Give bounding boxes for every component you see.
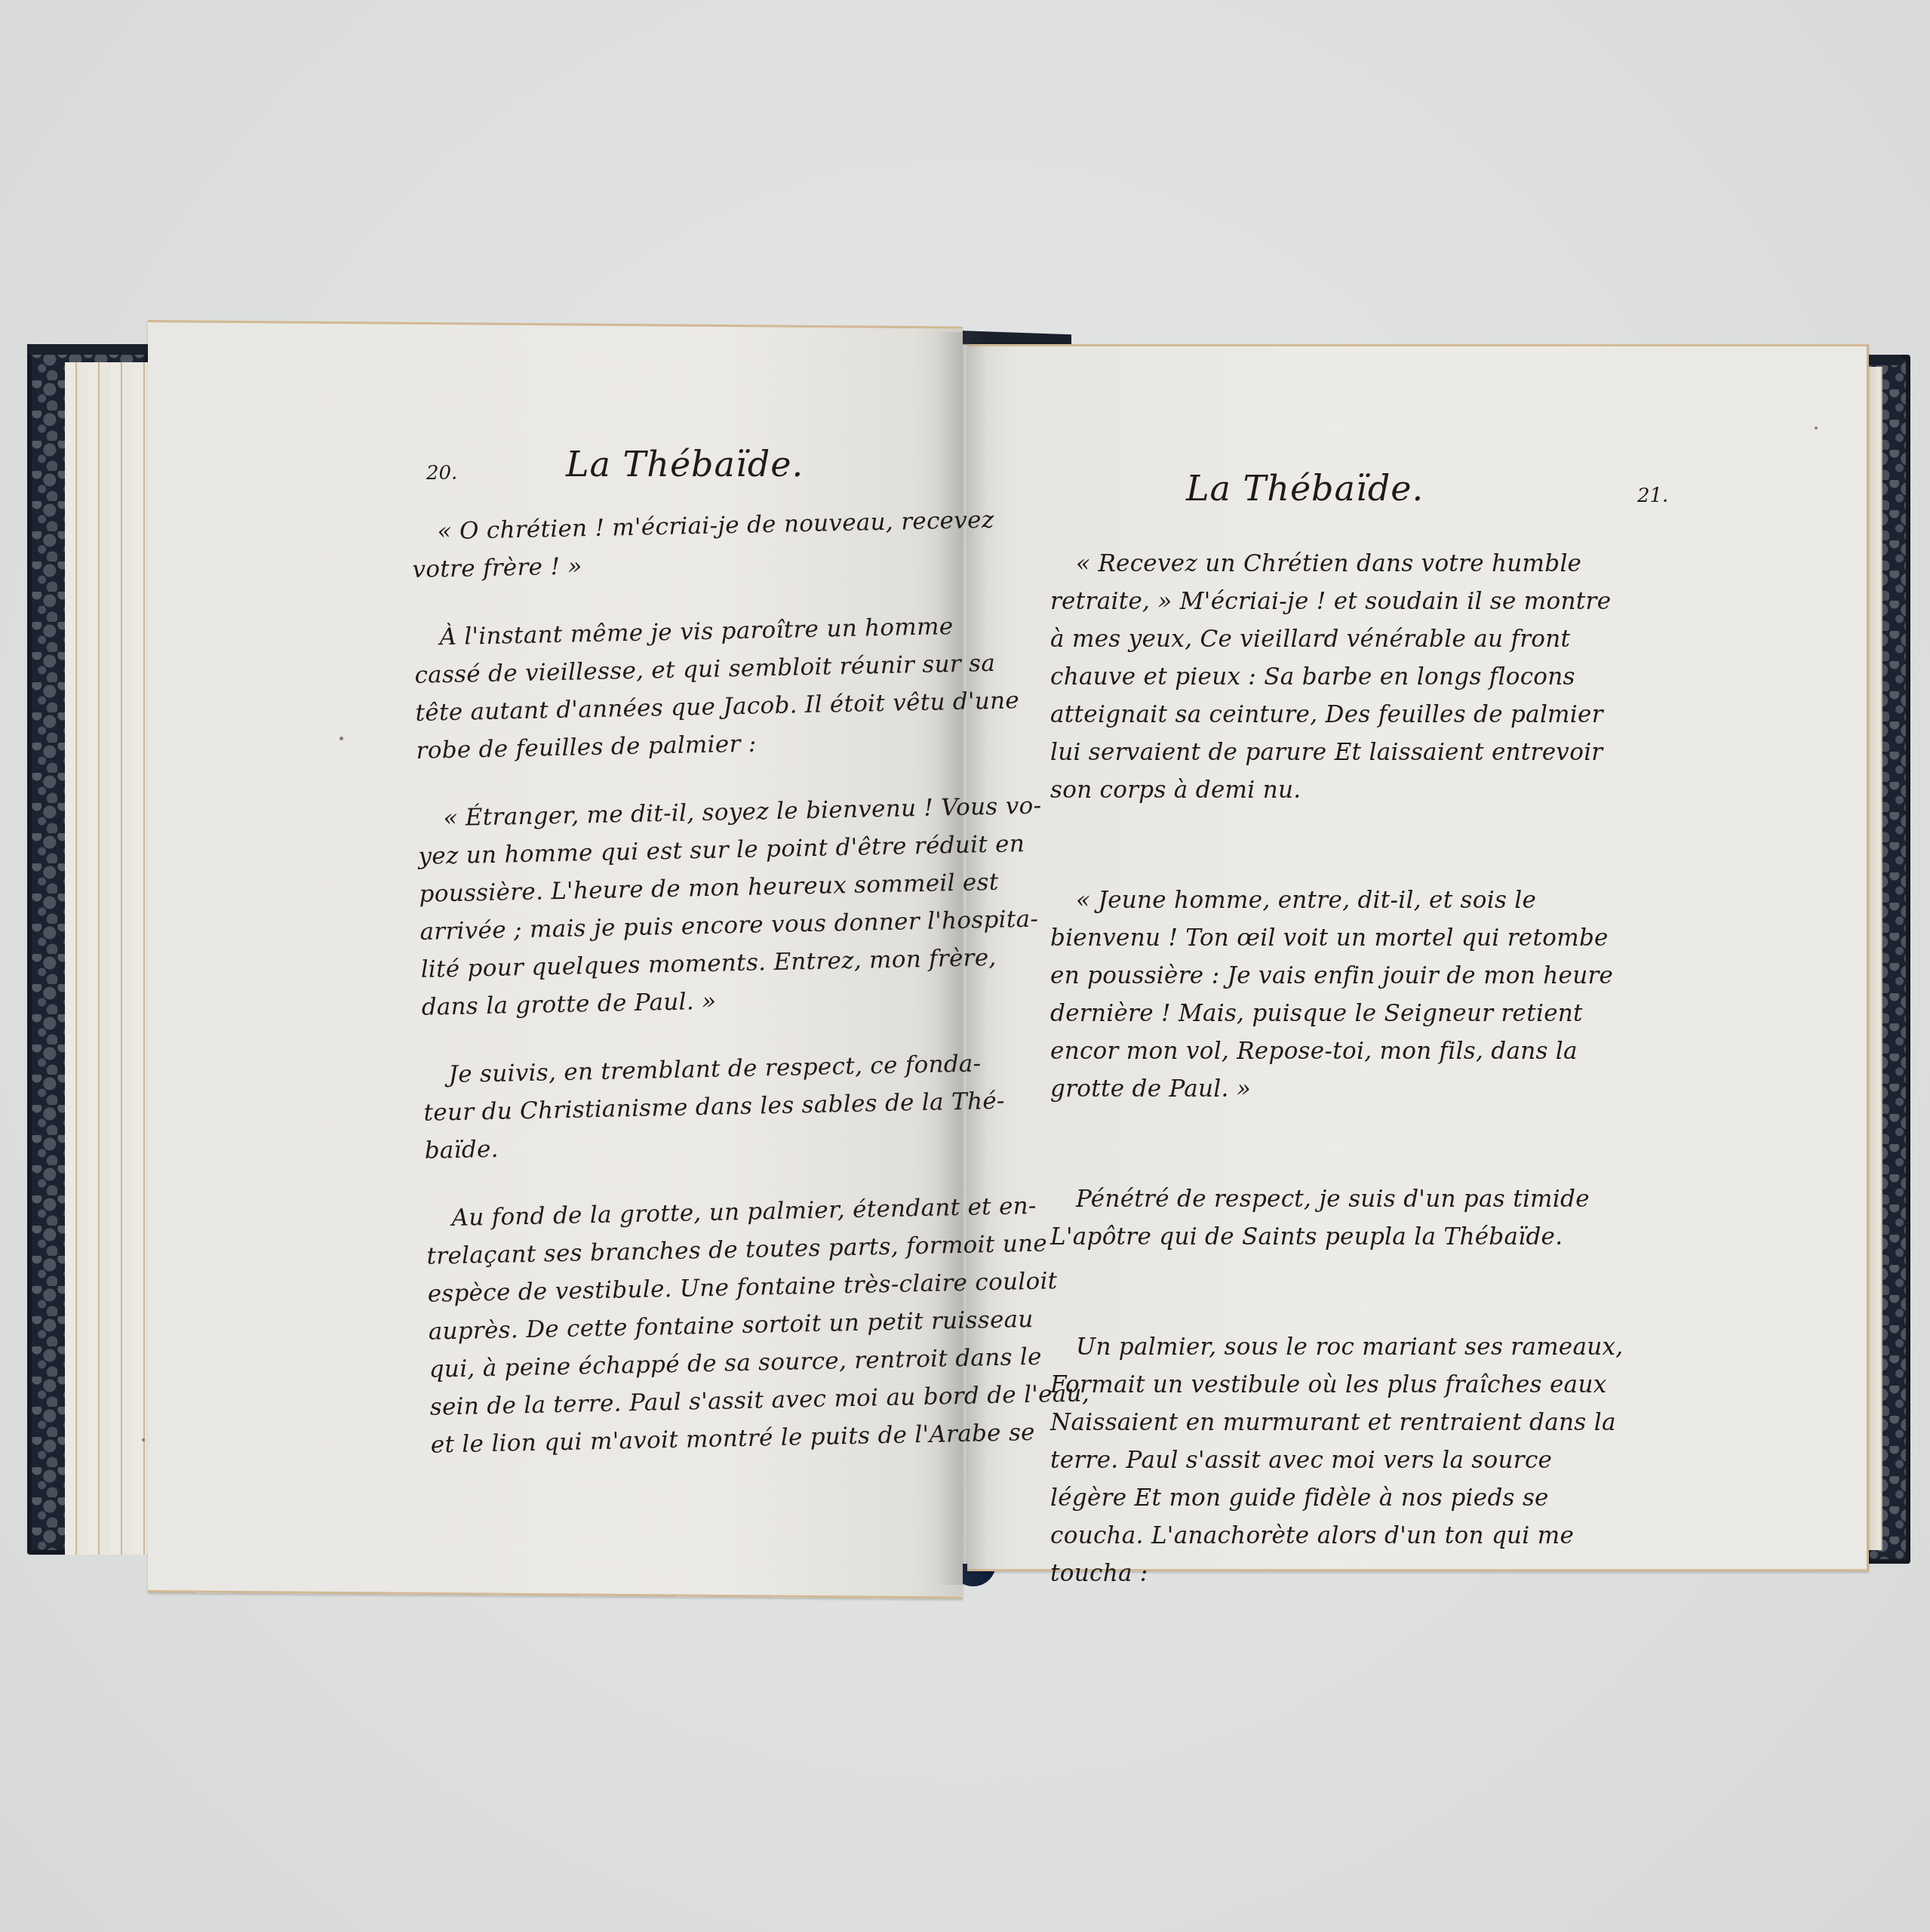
verse-line: L'apôtre qui de Saints peupla la Thébaïd…: [1050, 1223, 1563, 1251]
paragraph: « Étranger, me dit-il, soyez le bienvenu…: [417, 789, 965, 1026]
paragraph: À l'instant même je vis paroître un homm…: [413, 608, 960, 770]
paragraph: Je suivis, en tremblant de respect, ce f…: [423, 1045, 968, 1170]
right-page-number: 21.: [1637, 485, 1668, 507]
paragraph: « O chrétien ! m'écriai-je de nouveau, r…: [411, 502, 956, 589]
left-page-title: La Thébaïde.: [566, 444, 804, 485]
verse-line: Un palmier, sous le roc mariant ses rame…: [1050, 1334, 1624, 1361]
paragraph: Au fond de la grotte, un palmier, étenda…: [426, 1189, 974, 1464]
cover-top-edge-left: [27, 344, 155, 355]
right-page-body: « Recevez un Chrétien dans votre humble …: [1050, 545, 1631, 1665]
right-page-title: La Thébaïde.: [1186, 468, 1424, 509]
page-stack-left: [65, 362, 157, 1555]
verse-line: Formait un vestibule où les plus fraîche…: [1050, 1371, 1606, 1398]
ink-speck: [1815, 426, 1818, 429]
stanza: Un palmier, sous le roc mariant ses rame…: [1050, 1328, 1631, 1592]
stanza: Pénétré de respect, je suis d'un pas tim…: [1050, 1180, 1631, 1256]
stanza: « Recevez un Chrétien dans votre humble …: [1050, 545, 1631, 809]
ink-speck: [142, 1438, 145, 1441]
ink-speck: [340, 737, 343, 740]
left-page-number: 20.: [426, 462, 457, 485]
left-page-body: « O chrétien ! m'écriai-je de nouveau, r…: [411, 502, 975, 1494]
verse-line: Pénétré de respect, je suis d'un pas tim…: [1050, 1186, 1590, 1213]
stanza: « Jeune homme, entre, dit-il, et sois le…: [1050, 881, 1631, 1108]
